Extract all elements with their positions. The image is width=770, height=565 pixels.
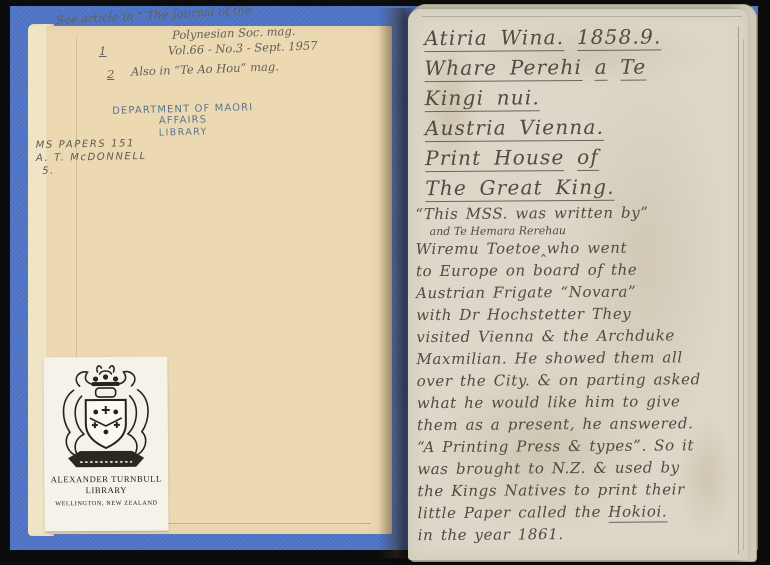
manuscript-text-segment: “This MSS. was written by” <box>415 204 648 224</box>
manuscript-underlined-text: of <box>577 145 599 171</box>
manuscript-text-segment: them as a present, he answered. <box>417 414 694 434</box>
manuscript-text-segment <box>582 55 595 79</box>
catalog-note: MS PAPERS 151 A. T. McDONNELL 5. <box>36 138 147 179</box>
catalog-note-line3: 5. <box>42 164 147 177</box>
manuscript-underlined-text: Te <box>620 55 646 81</box>
bookplate-name-line1: ALEXANDER TURNBULL <box>44 474 168 486</box>
manuscript-line: the Kings Natives to print their <box>417 478 747 502</box>
manuscript-line: Print House of <box>415 141 745 173</box>
manuscript-line: them as a present, he answered. <box>417 412 747 436</box>
manuscript-text-segment: Austrian Frigate “Novara” <box>416 283 636 303</box>
manuscript-underlined-text: Hokioi. <box>608 502 667 522</box>
manuscript-text-segment: what he would like him to give <box>417 392 681 412</box>
manuscript-text-segment <box>564 145 577 169</box>
manuscript-line: what he would like him to give <box>417 390 747 414</box>
manuscript-text-segment <box>608 55 621 79</box>
pencil-note-item2-number: 2 <box>107 67 114 81</box>
catalog-note-line1: MS PAPERS 151 <box>36 138 147 151</box>
manuscript-underlined-text: The Great King. <box>425 175 615 202</box>
manuscript-underlined-text: a <box>595 55 608 81</box>
manuscript-text-segment: Maxmilian. He showed them all <box>416 348 682 368</box>
manuscript-line: Atiria Wina. 1858.9. <box>414 21 744 53</box>
manuscript-line: “A Printing Press & types”. So it <box>417 434 747 458</box>
manuscript-line: visited Vienna & the Archduke <box>416 324 746 348</box>
bookplate-name-line2: LIBRARY <box>44 485 168 497</box>
manuscript-line: to Europe on board of the <box>416 258 746 282</box>
manuscript-text-segment: Wiremu Toetoe‸who went <box>416 239 627 258</box>
manuscript-underlined-text: 1858.9. <box>577 24 662 51</box>
manuscript-text-segment: over the City. & on parting asked <box>417 370 701 390</box>
manuscript-line: was brought to N.Z. & used by <box>417 456 747 480</box>
scan-photo: See article in “ The Journal of the Poly… <box>0 0 770 565</box>
head-edge-line <box>422 16 742 17</box>
manuscript-line: The Great King. <box>415 171 745 203</box>
manuscript-underlined-text: Whare Perehi <box>424 55 582 82</box>
manuscript-text-segment: little Paper called the <box>418 503 609 522</box>
manuscript-underlined-text: Austria Vienna. <box>425 115 604 142</box>
manuscript-underlined-text: Atiria Wina. <box>424 25 564 52</box>
manuscript-text-segment: and Te Hemara Rerehau <box>430 224 566 238</box>
coat-of-arms-image <box>53 362 158 475</box>
manuscript-text-segment: “A Printing Press & types”. So it <box>417 436 694 456</box>
manuscript-line: Maxmilian. He showed them all <box>416 346 746 370</box>
page-gutter-shadow <box>378 8 412 558</box>
manuscript-text-segment: in the year 1861. <box>418 525 564 544</box>
manuscript-line: Austria Vienna. <box>415 111 745 143</box>
manuscript-text-segment: to Europe on board of the <box>416 261 638 281</box>
manuscript-text: Atiria Wina. 1858.9.Whare Perehi a TeKin… <box>414 21 748 546</box>
manuscript-line: with Dr Hochstetter They <box>416 302 746 326</box>
bookplate: ALEXANDER TURNBULL LIBRARY WELLINGTON, N… <box>43 357 168 532</box>
manuscript-text-segment: the Kings Natives to print their <box>417 480 684 500</box>
manuscript-line: Austrian Frigate “Novara” <box>416 280 746 304</box>
manuscript-underlined-text: Kingi nui. <box>425 85 540 112</box>
catalog-note-line2: A. T. McDONNELL <box>36 151 147 164</box>
manuscript-text-segment: with Dr Hochstetter They <box>416 305 631 325</box>
manuscript-text-segment: was brought to N.Z. & used by <box>417 458 680 478</box>
pencil-note-item1-number: 1 <box>99 44 106 58</box>
manuscript-underlined-text: Print House <box>425 145 565 172</box>
manuscript-line: over the City. & on parting asked <box>417 368 747 392</box>
manuscript-line: Whare Perehi a Te <box>414 51 744 83</box>
bookplate-location: WELLINGTON, NEW ZEALAND <box>44 500 168 508</box>
manuscript-text-segment <box>564 25 577 49</box>
manuscript-text-segment: visited Vienna & the Archduke <box>416 326 675 346</box>
manuscript-line: “This MSS. was written by” <box>415 201 745 225</box>
manuscript-line: little Paper called the Hokioi. <box>418 500 748 524</box>
manuscript-line: Wiremu Toetoe‸who went <box>416 236 746 260</box>
manuscript-line: in the year 1861. <box>418 522 748 546</box>
manuscript-line: Kingi nui. <box>415 81 745 113</box>
library-stamp: DEPARTMENT OF MAORI AFFAIRS LIBRARY <box>88 102 279 141</box>
